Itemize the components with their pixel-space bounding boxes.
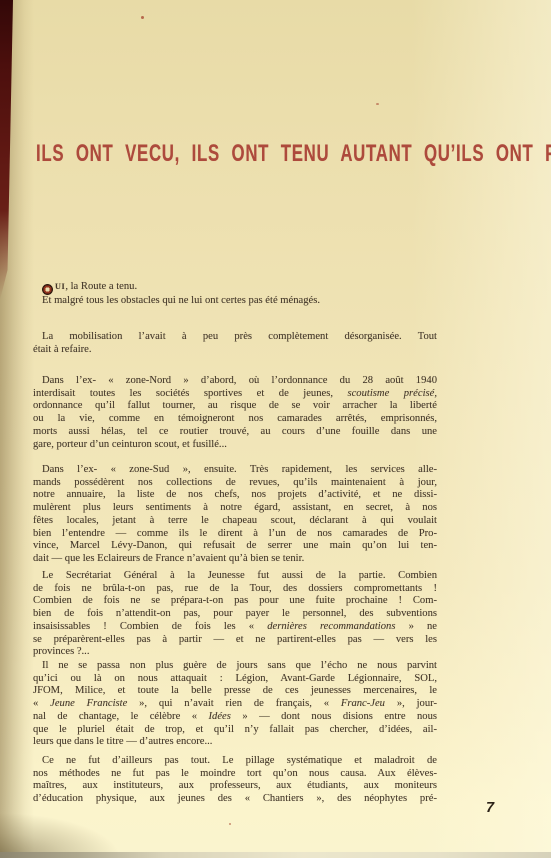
drop-cap-o: O xyxy=(42,284,53,295)
italic-run: scoutisme précisé, xyxy=(347,388,437,399)
text-run: » ne xyxy=(395,621,437,632)
text-line: nal de chantage, le célèbre « Idées » — … xyxy=(33,711,437,724)
text-run: » — dont nous disions entre nous xyxy=(231,711,437,722)
text-run: bien l’entendre — comme ils le dirent à … xyxy=(33,528,437,539)
text-run: leurs que dans le titre — d’autres encor… xyxy=(33,736,212,747)
text-line: Et malgré tous les obstacles qui ne lui … xyxy=(33,295,437,308)
paragraph-opening: OUI, la Route a tenu.Et malgré tous les … xyxy=(33,281,437,308)
text-run: Et malgré tous les obstacles qui ne lui … xyxy=(42,295,320,306)
text-line: Dans l’ex- « zone-Sud », ensuite. Très r… xyxy=(33,464,437,477)
paragraph-attaques-presse: Il ne se passa non plus guère de jours s… xyxy=(33,660,437,749)
paragraph-mobilisation: La mobilisation l’avait à peu près compl… xyxy=(33,331,437,356)
text-run: ou la vie, comme en témoigneront nos cam… xyxy=(33,413,437,424)
text-line: La mobilisation l’avait à peu près compl… xyxy=(33,331,437,344)
text-run: , la Route a tenu. xyxy=(65,281,137,292)
text-run: maîtres, aux instituteurs, aux professeu… xyxy=(33,780,437,791)
italic-run: Jeune Franciste xyxy=(50,698,127,709)
text-line: bien l’entendre — comme ils le dirent à … xyxy=(33,528,437,541)
text-run: Combien de fois ne se prépara-t-on pas p… xyxy=(33,595,437,606)
text-line: que le pluriel était de trop, et qu’il n… xyxy=(33,724,437,737)
text-run: d’éducation physique, aux jeunes des « C… xyxy=(33,793,437,804)
text-run: morts aussi hélas, tel ce routier trouvé… xyxy=(33,426,437,437)
text-line: interdisait toutes les sociétés sportive… xyxy=(33,388,437,401)
text-run: », jour- xyxy=(385,698,437,709)
text-line: Dans l’ex- « zone-Nord » d’abord, où l’o… xyxy=(33,375,437,388)
text-run: La mobilisation l’avait à peu près compl… xyxy=(42,331,437,342)
text-run: gare, porteur d’un ceinturon scout, et f… xyxy=(33,439,227,450)
italic-run: dernières recommandations xyxy=(267,621,395,632)
page-number: 7 xyxy=(486,800,494,816)
text-run: provinces ?... xyxy=(33,646,89,657)
text-line: se préparèrent-elles pas à partir — et n… xyxy=(33,634,437,647)
text-run: bien de fois n’attendit-on pas, pour pay… xyxy=(33,608,437,619)
paragraph-pillage: Ce ne fut d’ailleurs pas tout. Le pillag… xyxy=(33,755,437,806)
text-run: insaisissables ! Combien de fois les « xyxy=(33,621,267,632)
text-run: nal de chantage, le célèbre « xyxy=(33,711,209,722)
text-line: gare, porteur d’un ceinturon scout, et f… xyxy=(33,439,437,452)
text-run: dait — que les Eclaireurs de France n’av… xyxy=(33,553,304,564)
text-line: OUI, la Route a tenu. xyxy=(33,281,437,295)
text-line: de fois ne brûla-t-on pas, rue de la Tou… xyxy=(33,583,437,596)
italic-run: Idées xyxy=(209,711,231,722)
text-run: notre annuaire, la liste de nos chefs, n… xyxy=(33,489,437,500)
text-run: fêtes locales, jetant à terre le chapeau… xyxy=(33,515,437,526)
text-line: Combien de fois ne se prépara-t-on pas p… xyxy=(33,595,437,608)
text-line: d’éducation physique, aux jeunes des « C… xyxy=(33,793,437,806)
text-line: était à refaire. xyxy=(33,344,437,357)
text-run: se préparèrent-elles pas à partir — et n… xyxy=(33,634,437,645)
body-text: OUI, la Route a tenu.Et malgré tous les … xyxy=(33,0,437,858)
small-caps-run: UI xyxy=(55,282,65,291)
italic-run: Franc-Jeu xyxy=(341,698,385,709)
text-line: Ce ne fut d’ailleurs pas tout. Le pillag… xyxy=(33,755,437,768)
text-line: morts aussi hélas, tel ce routier trouvé… xyxy=(33,426,437,439)
text-run: Dans l’ex- « zone-Sud », ensuite. Très r… xyxy=(42,464,437,475)
text-line: JFOM, Milice, et toute la belle presse d… xyxy=(33,685,437,698)
text-line: ou la vie, comme en témoigneront nos cam… xyxy=(33,413,437,426)
text-run: qu’ici ou là on nous attaquait : Légion,… xyxy=(33,673,437,684)
text-run: de fois ne brûla-t-on pas, rue de la Tou… xyxy=(33,583,437,594)
text-run: Ce ne fut d’ailleurs pas tout. Le pillag… xyxy=(42,755,437,766)
paragraph-zone-nord: Dans l’ex- « zone-Nord » d’abord, où l’o… xyxy=(33,375,437,451)
text-line: vince, Marcel Lévy-Danon, qui refusait d… xyxy=(33,540,437,553)
text-run: nos méthodes ne fut pas le moindre tort … xyxy=(33,768,437,779)
text-line: qu’ici ou là on nous attaquait : Légion,… xyxy=(33,673,437,686)
text-line: « Jeune Franciste », qui n’avait rien de… xyxy=(33,698,437,711)
text-line: nos méthodes ne fut pas le moindre tort … xyxy=(33,768,437,781)
text-line: dait — que les Eclaireurs de France n’av… xyxy=(33,553,437,566)
text-line: leurs que dans le titre — d’autres encor… xyxy=(33,736,437,749)
text-run: mands possédèrent nos collections de rev… xyxy=(33,477,437,488)
text-run: Il ne se passa non plus guère de jours s… xyxy=(42,660,437,671)
text-run: mulèrent plus leurs sentiments à notre é… xyxy=(33,502,437,513)
text-line: notre annuaire, la liste de nos chefs, n… xyxy=(33,489,437,502)
text-run: JFOM, Milice, et toute la belle presse d… xyxy=(33,685,437,696)
text-run: interdisait toutes les sociétés sportive… xyxy=(33,388,347,399)
scanned-page: ILS ONT VECU, ILS ONT TENU AUTANT QU’ILS… xyxy=(0,0,551,858)
paragraph-secretariat: Le Secrétariat Général à la Jeunesse fut… xyxy=(33,570,437,659)
text-run: Dans l’ex- « zone-Nord » d’abord, où l’o… xyxy=(42,375,437,386)
text-line: provinces ?... xyxy=(33,646,437,659)
text-line: Il ne se passa non plus guère de jours s… xyxy=(33,660,437,673)
text-line: bien de fois n’attendit-on pas, pour pay… xyxy=(33,608,437,621)
text-run: « xyxy=(33,698,50,709)
text-run: que le pluriel était de trop, et qu’il n… xyxy=(33,724,437,735)
text-line: ordonnance qu’il fallut tourner, au risq… xyxy=(33,400,437,413)
text-line: Le Secrétariat Général à la Jeunesse fut… xyxy=(33,570,437,583)
text-run: ordonnance qu’il fallut tourner, au risq… xyxy=(33,400,437,411)
text-run: », qui n’avait rien de français, « xyxy=(127,698,341,709)
text-line: insaisissables ! Combien de fois les « d… xyxy=(33,621,437,634)
text-line: mands possédèrent nos collections de rev… xyxy=(33,477,437,490)
paragraph-zone-sud: Dans l’ex- « zone-Sud », ensuite. Très r… xyxy=(33,464,437,566)
text-line: mulèrent plus leurs sentiments à notre é… xyxy=(33,502,437,515)
text-run: était à refaire. xyxy=(33,344,92,355)
text-line: maîtres, aux instituteurs, aux professeu… xyxy=(33,780,437,793)
text-line: fêtes locales, jetant à terre le chapeau… xyxy=(33,515,437,528)
text-run: vince, Marcel Lévy-Danon, qui refusait d… xyxy=(33,540,437,551)
text-run: Le Secrétariat Général à la Jeunesse fut… xyxy=(42,570,437,581)
